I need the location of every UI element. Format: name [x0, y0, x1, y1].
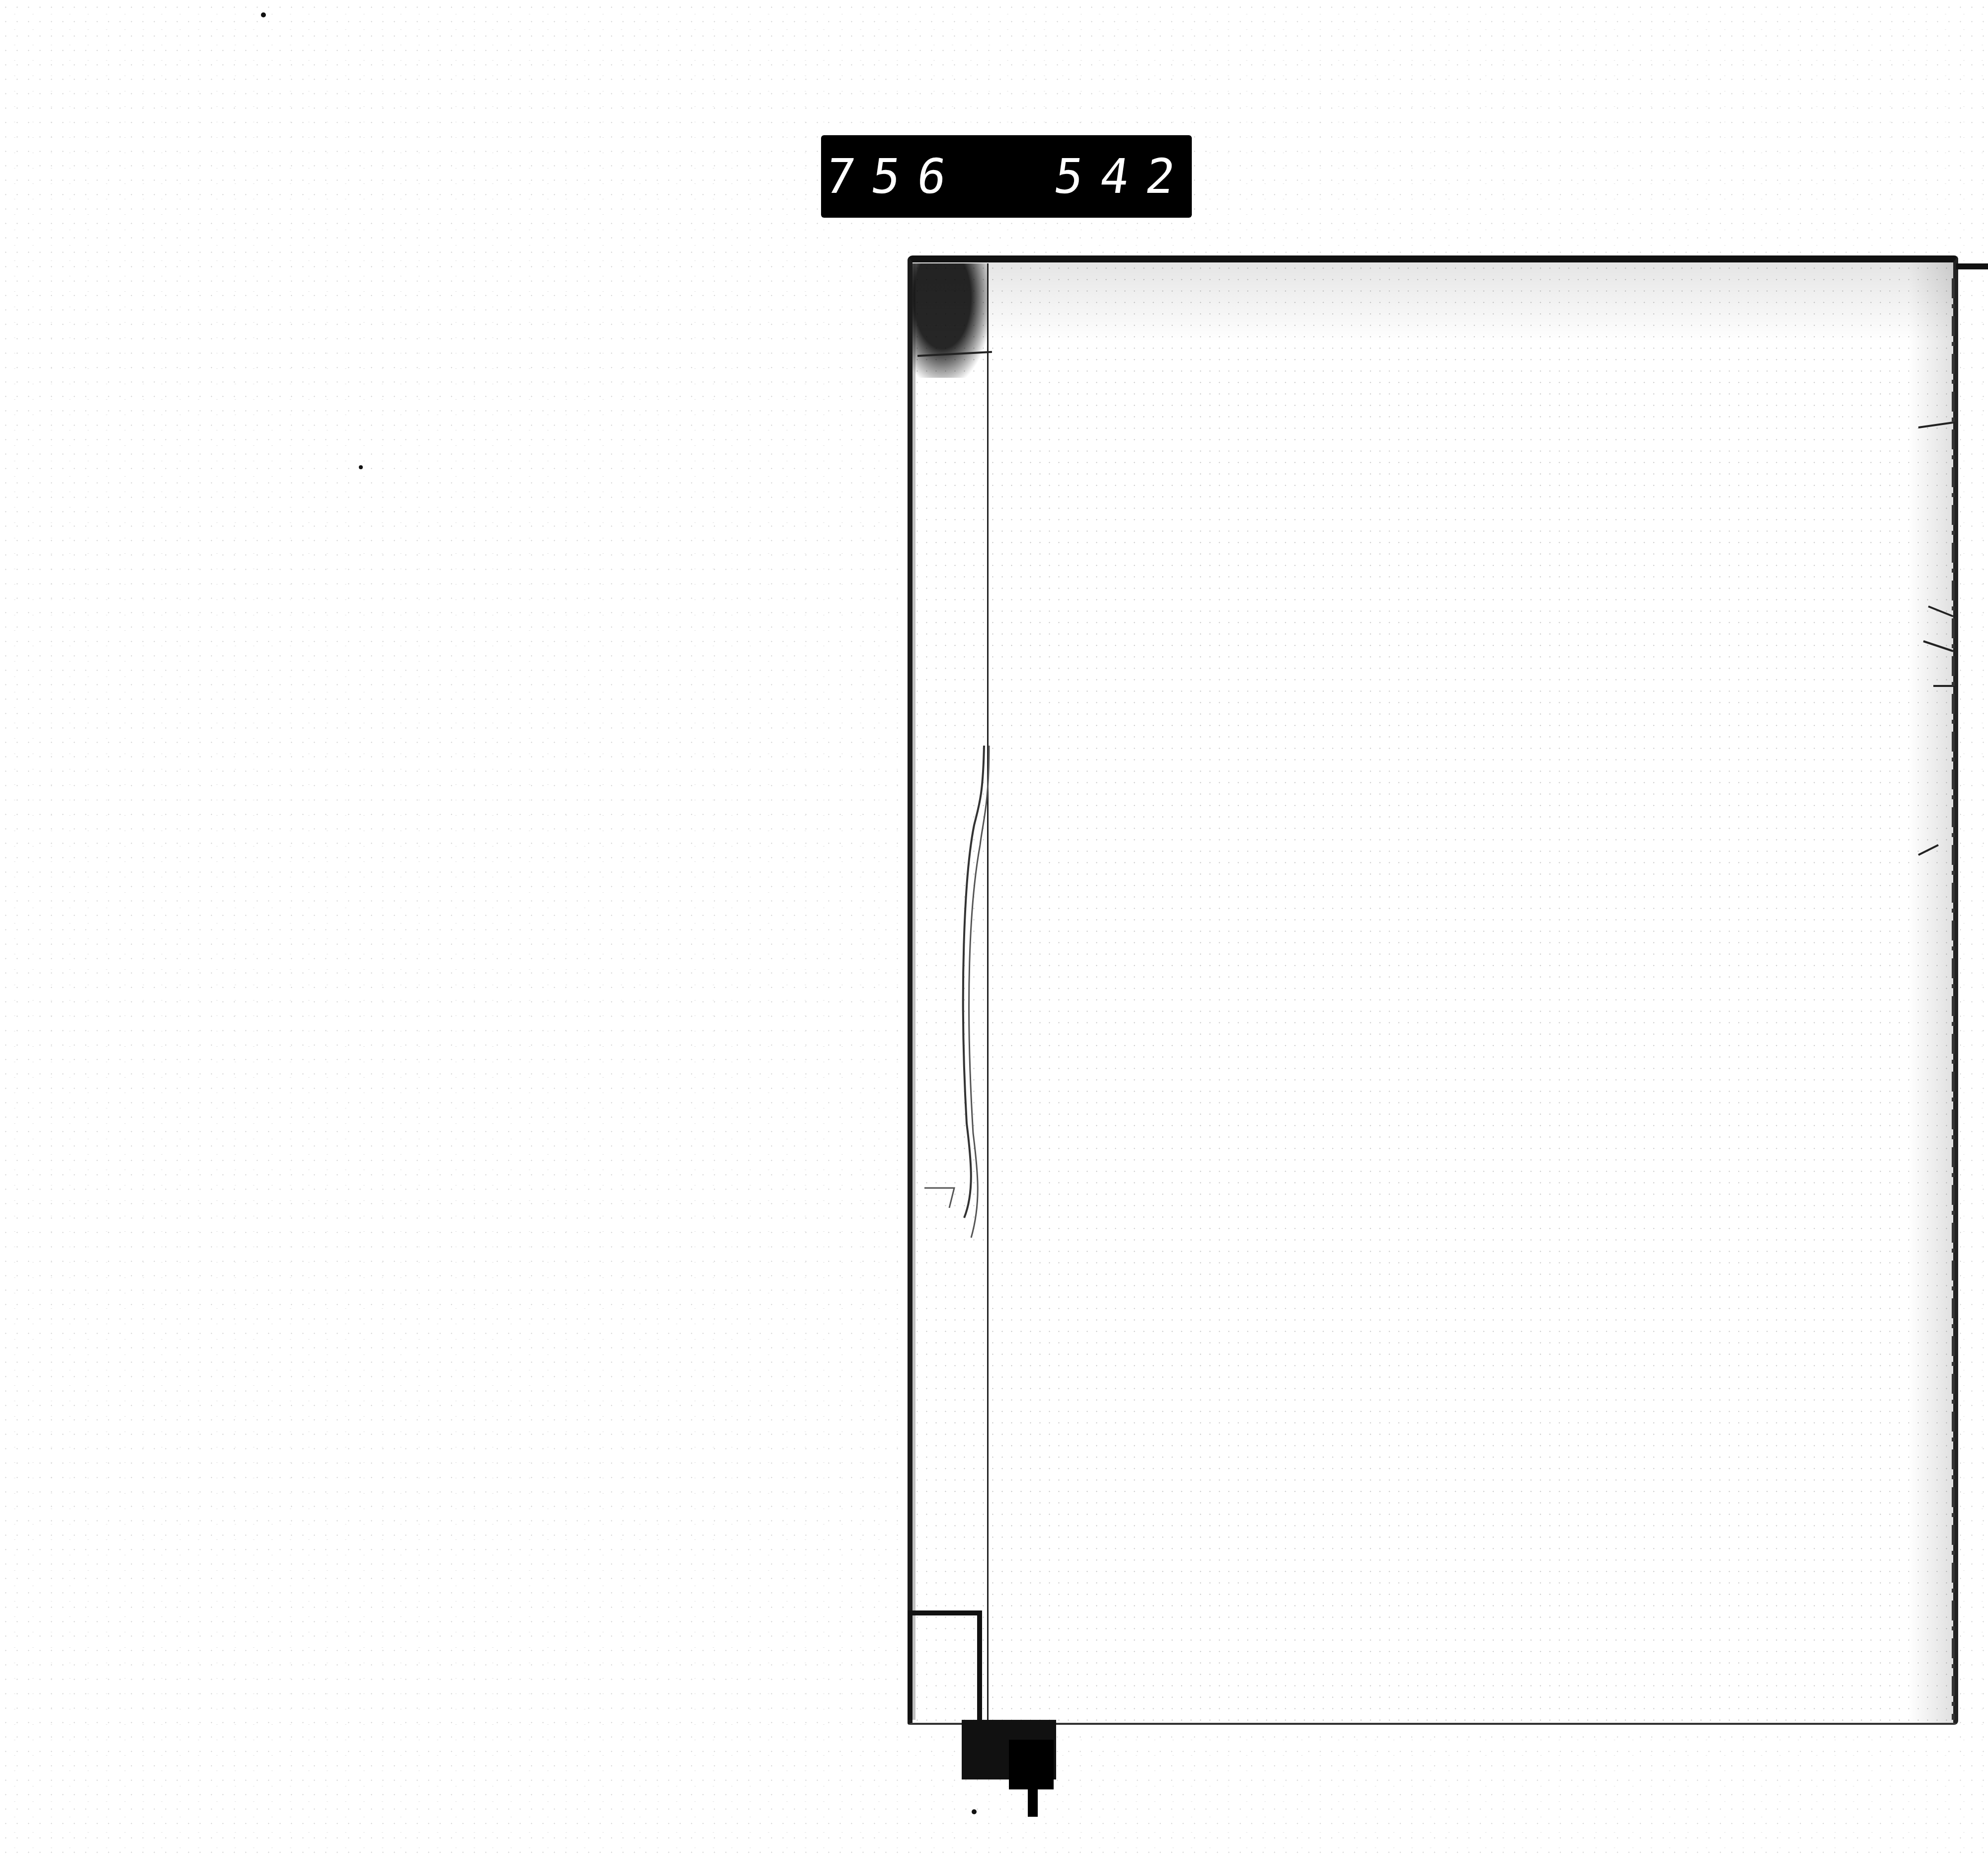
speck: [261, 12, 266, 17]
binding-loop: [908, 1610, 982, 1720]
speck: [359, 465, 363, 469]
counter-right-value: 542.: [1051, 149, 1241, 204]
counter-left-value: 756: [822, 149, 967, 204]
binding-string: [919, 746, 999, 1268]
book-cover: [908, 255, 1958, 1725]
cover-edge-stub: [1956, 263, 1988, 269]
speck: [972, 1809, 977, 1814]
worn-edge-marks: [1899, 278, 1958, 1720]
spine-stain: [912, 263, 987, 378]
bookmark-string-end: [1028, 1777, 1038, 1817]
frame-counter-display: 756 542.: [821, 135, 1192, 218]
